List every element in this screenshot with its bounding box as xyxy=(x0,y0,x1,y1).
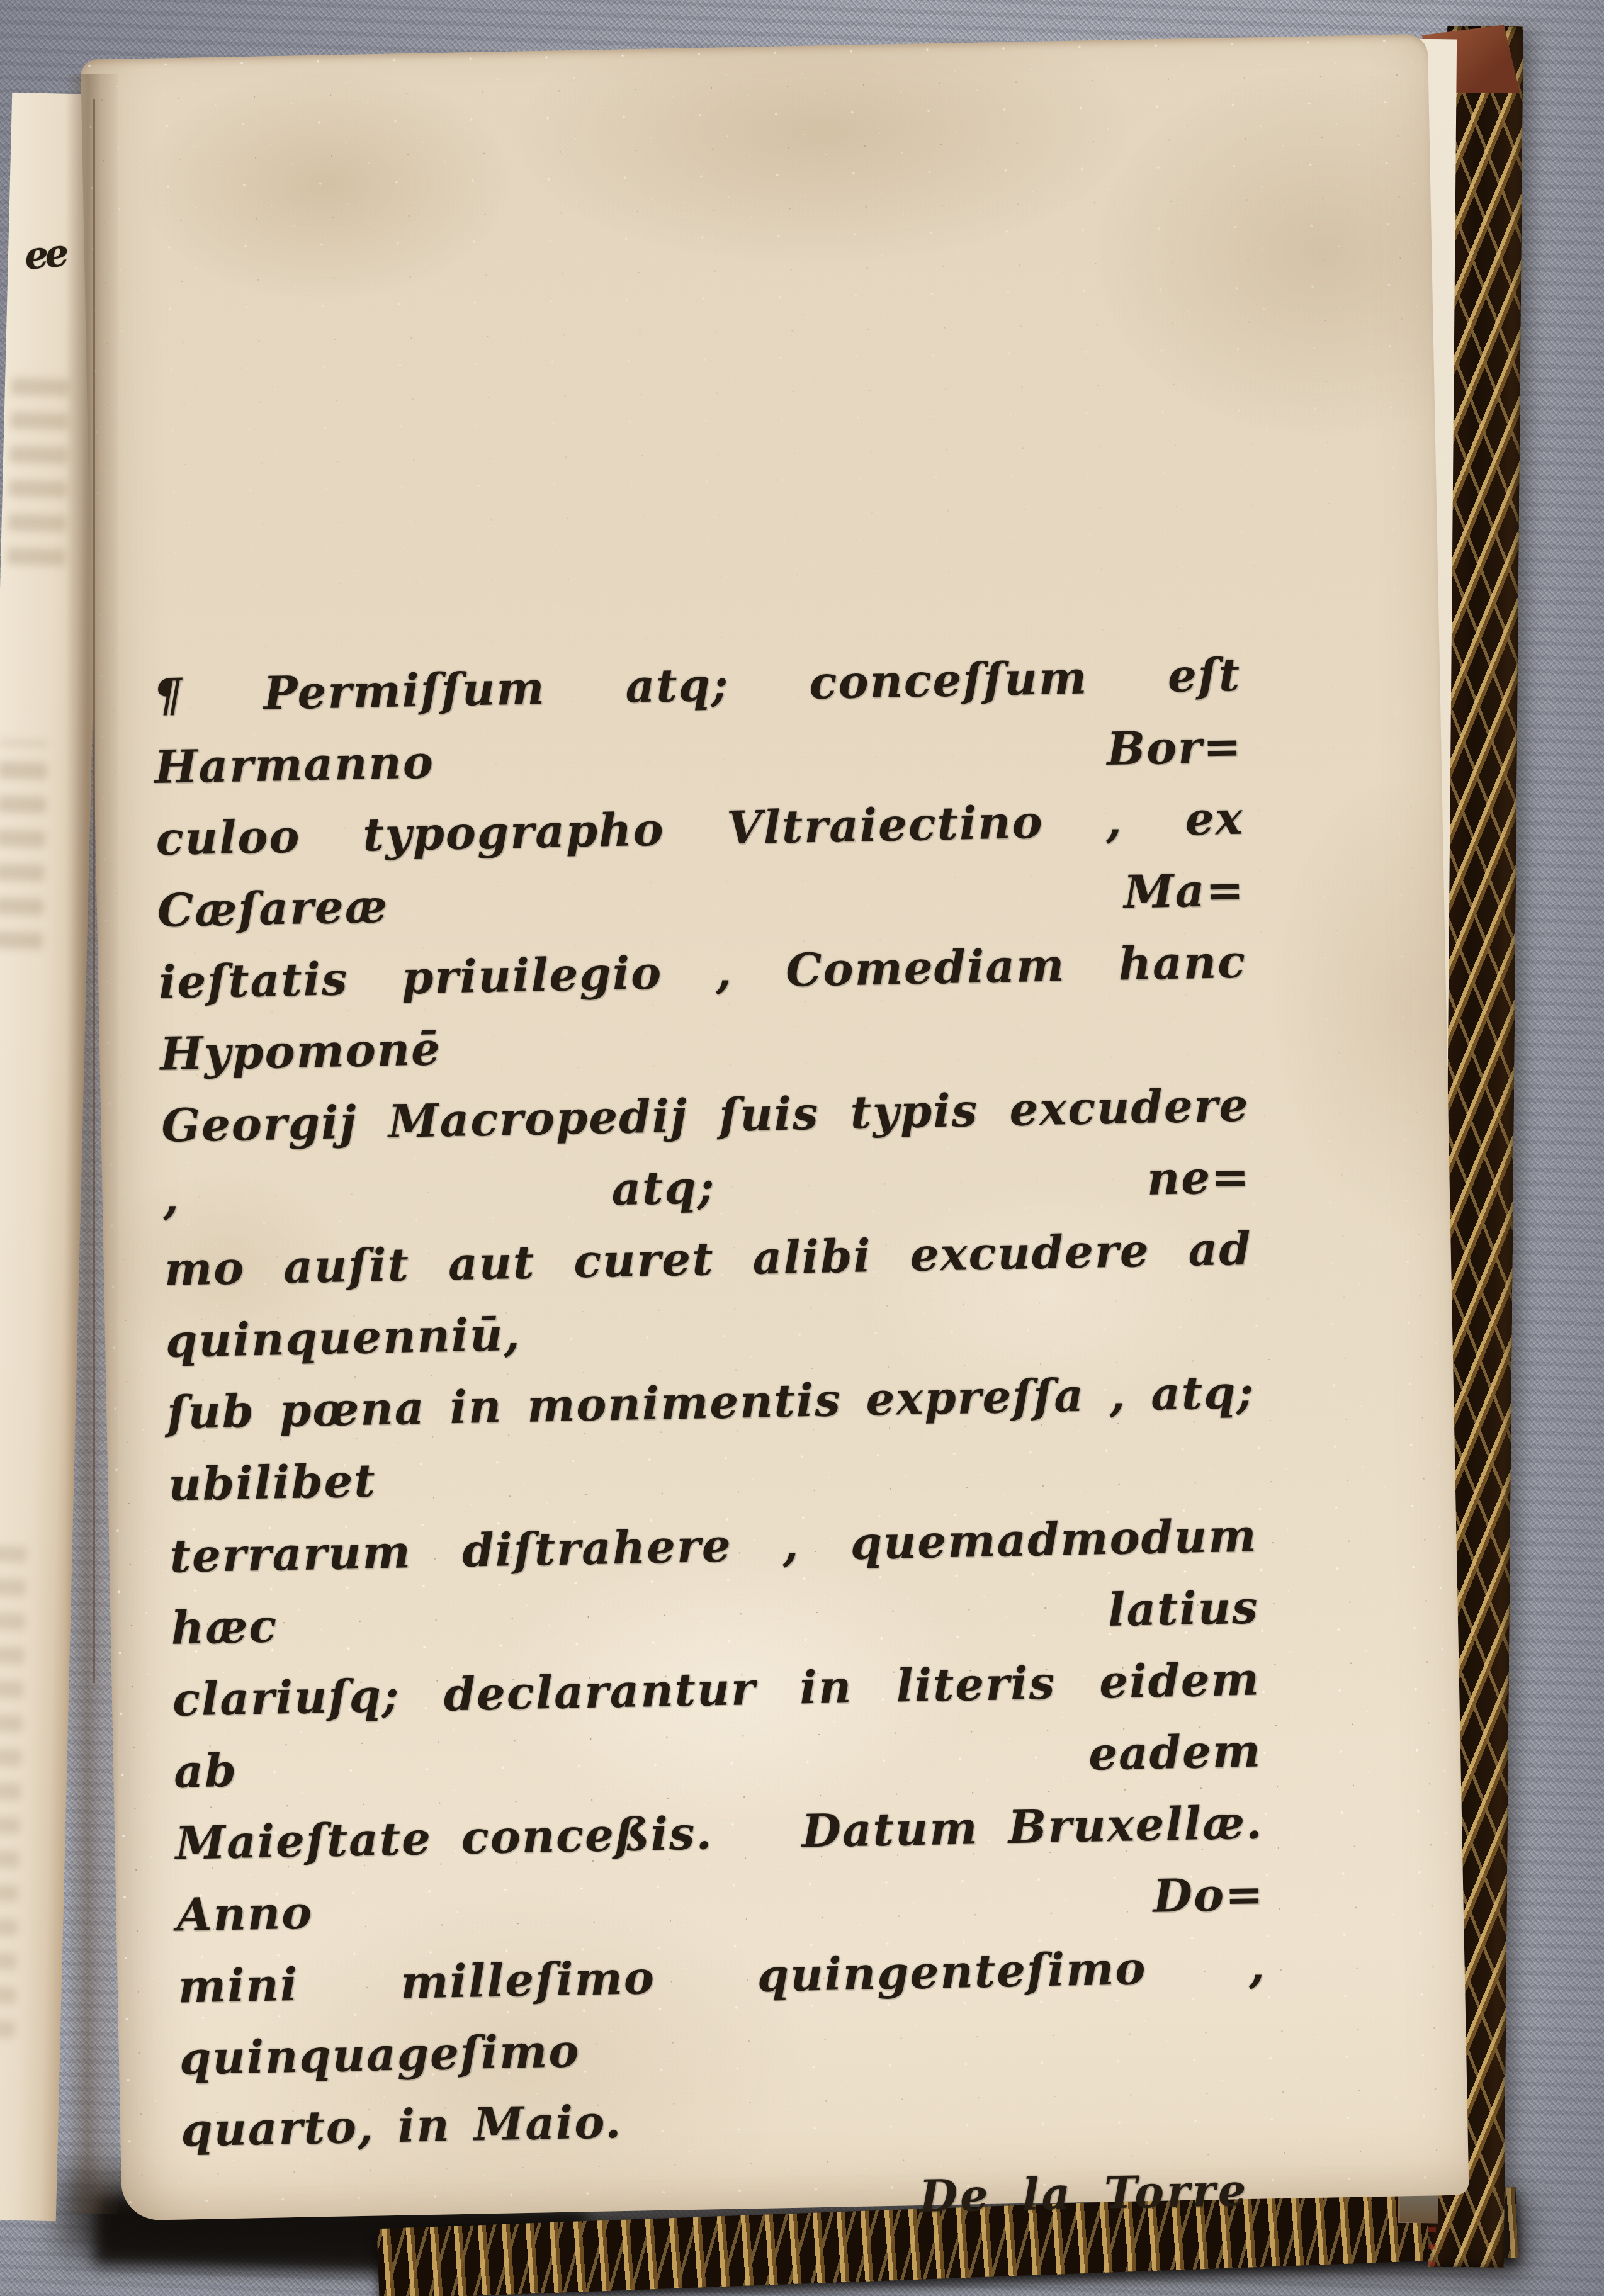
handwritten-ink-mark: ee xyxy=(23,231,67,279)
book-page: ¶ Permiſſum atq; conceſſum eſt Harmanno … xyxy=(81,34,1469,2220)
text-line-8: clariuſq; declarantur in literis eidem a… xyxy=(172,1643,1262,1808)
text-line-10: mini milleſimo quingenteſimo , quinquage… xyxy=(178,1930,1268,2094)
text-line-2: culoo typographo Vltraiectino , ex Cæſar… xyxy=(155,782,1246,947)
text-line-5: mo auſit aut curet alibi excudere ad qui… xyxy=(164,1213,1254,1377)
privilege-paragraph: ¶ Permiſſum atq; conceſſum eſt Harmanno … xyxy=(152,639,1270,2247)
photo-of-open-book: ee ¶ Permiſſum atq; conceſſum eſt Harman… xyxy=(0,0,1604,2296)
show-through-smudge xyxy=(0,1546,27,2037)
text-line-7: terrarum diſtrahere , quemadmodum hæc la… xyxy=(169,1500,1260,1664)
gutter-shadow xyxy=(65,74,118,2214)
text-line-6: ſub pœna in monimentis expreſſa , atq; u… xyxy=(166,1356,1257,1521)
text-line-4: Georgij Macropedij ſuis typis excudere ,… xyxy=(161,1069,1251,1234)
text-line-3: ieſtatis priuilegio , Comediam hanc Hypo… xyxy=(158,926,1248,1090)
text-line-1: ¶ Permiſſum atq; conceſſum eſt Harmanno … xyxy=(152,639,1243,803)
show-through-smudge xyxy=(7,363,70,566)
show-through-smudge xyxy=(0,740,48,949)
text-line-9: Maieſtate conceßis. Datum Bruxellæ. Anno… xyxy=(174,1786,1265,1950)
